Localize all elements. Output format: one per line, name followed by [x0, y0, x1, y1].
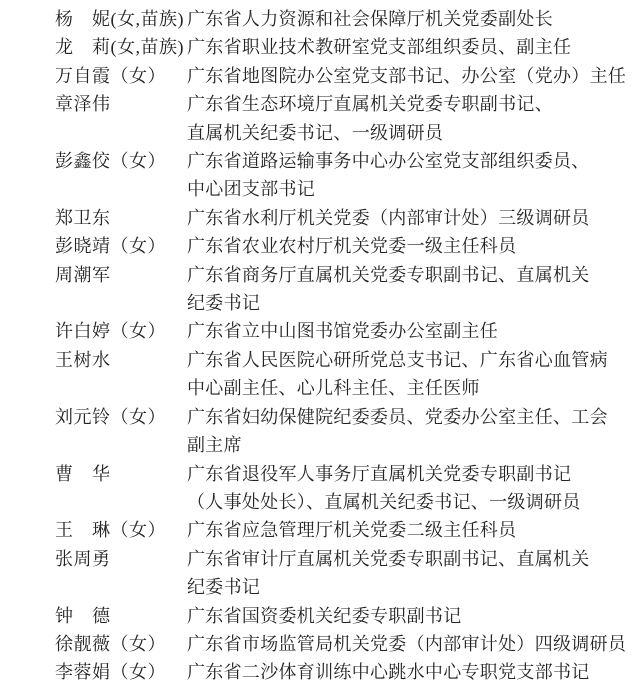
document-page: 杨 妮(女,苗族)广东省人力资源和社会保障厅机关党委副处长龙 莉(女,苗族)广东… — [0, 0, 640, 684]
entry-positions: 广东省人力资源和社会保障厅机关党委副处长 — [187, 5, 636, 33]
position-line: 广东省水利厅机关党委（内部审计处）三级调研员 — [187, 204, 636, 232]
entry-positions: 广东省妇幼保健院纪委委员、党委办公室主任、工会副主席 — [187, 403, 636, 460]
roster-entry: 郑卫东广东省水利厅机关党委（内部审计处）三级调研员 — [55, 204, 636, 232]
entry-positions: 广东省水利厅机关党委（内部审计处）三级调研员 — [187, 204, 636, 232]
roster-entry: 刘元铃（女）广东省妇幼保健院纪委委员、党委办公室主任、工会副主席 — [55, 403, 636, 460]
roster-list: 杨 妮(女,苗族)广东省人力资源和社会保障厅机关党委副处长龙 莉(女,苗族)广东… — [55, 5, 636, 684]
roster-entry: 许白婷（女）广东省立中山图书馆党委办公室副主任 — [55, 317, 636, 345]
position-line: 广东省地图院办公室党支部书记、办公室（党办）主任 — [187, 62, 636, 90]
position-line: 广东省审计厅直属机关党委专职副书记、直属机关 — [187, 545, 636, 573]
entry-name: 张周勇 — [55, 545, 187, 573]
entry-name: 李蓉娟（女） — [55, 658, 187, 684]
roster-entry: 王 琳（女）广东省应急管理厅机关党委二级主任科员 — [55, 516, 636, 544]
roster-entry: 彭鑫佼（女）广东省道路运输事务中心办公室党支部组织委员、中心团支部书记 — [55, 147, 636, 204]
entry-name: 钟 德 — [55, 602, 187, 630]
entry-name: 王树水 — [55, 346, 187, 374]
roster-entry: 龙 莉(女,苗族)广东省职业技术教研室党支部组织委员、副主任 — [55, 33, 636, 61]
position-line: 广东省应急管理厅机关党委二级主任科员 — [187, 516, 636, 544]
entry-positions: 广东省生态环境厅直属机关党委专职副书记、直属机关纪委书记、一级调研员 — [187, 90, 636, 147]
position-line: 广东省立中山图书馆党委办公室副主任 — [187, 317, 636, 345]
entry-name: 曹 华 — [55, 460, 187, 488]
roster-entry: 周潮军广东省商务厅直属机关党委专职副书记、直属机关纪委书记 — [55, 261, 636, 318]
position-line: 广东省人民医院心研所党总支书记、广东省心血管病 — [187, 346, 636, 374]
position-line: 广东省二沙体育训练中心跳水中心专职党支部书记 — [187, 658, 636, 684]
entry-positions: 广东省地图院办公室党支部书记、办公室（党办）主任 — [187, 62, 636, 90]
entry-positions: 广东省商务厅直属机关党委专职副书记、直属机关纪委书记 — [187, 261, 636, 318]
roster-entry: 张周勇广东省审计厅直属机关党委专职副书记、直属机关纪委书记 — [55, 545, 636, 602]
position-line: 广东省人力资源和社会保障厅机关党委副处长 — [187, 5, 636, 33]
position-line: 副主席 — [187, 431, 636, 459]
roster-entry: 徐靓薇（女）广东省市场监管局机关党委（内部审计处）四级调研员 — [55, 630, 636, 658]
roster-entry: 万自霞（女）广东省地图院办公室党支部书记、办公室（党办）主任 — [55, 62, 636, 90]
position-line: 广东省农业农村厅机关党委一级主任科员 — [187, 232, 636, 260]
entry-name: 徐靓薇（女） — [55, 630, 187, 658]
entry-name: 许白婷（女） — [55, 317, 187, 345]
roster-entry: 李蓉娟（女）广东省二沙体育训练中心跳水中心专职党支部书记 — [55, 658, 636, 684]
position-line: 直属机关纪委书记、一级调研员 — [187, 119, 636, 147]
entry-name: 章泽伟 — [55, 90, 187, 118]
position-line: 广东省妇幼保健院纪委委员、党委办公室主任、工会 — [187, 403, 636, 431]
position-line: 广东省生态环境厅直属机关党委专职副书记、 — [187, 90, 636, 118]
roster-entry: 曹 华广东省退役军人事务厅直属机关党委专职副书记（人事处处长）、直属机关纪委书记… — [55, 460, 636, 517]
position-line: 广东省道路运输事务中心办公室党支部组织委员、 — [187, 147, 636, 175]
entry-positions: 广东省国资委机关纪委专职副书记 — [187, 602, 636, 630]
roster-entry: 彭晓靖（女）广东省农业农村厅机关党委一级主任科员 — [55, 232, 636, 260]
entry-positions: 广东省人民医院心研所党总支书记、广东省心血管病中心副主任、心儿科主任、主任医师 — [187, 346, 636, 403]
position-line: 广东省退役军人事务厅直属机关党委专职副书记 — [187, 460, 636, 488]
entry-name: 彭晓靖（女） — [55, 232, 187, 260]
position-line: 中心团支部书记 — [187, 175, 636, 203]
position-line: 广东省商务厅直属机关党委专职副书记、直属机关 — [187, 261, 636, 289]
position-line: 广东省职业技术教研室党支部组织委员、副主任 — [187, 33, 636, 61]
roster-entry: 王树水广东省人民医院心研所党总支书记、广东省心血管病中心副主任、心儿科主任、主任… — [55, 346, 636, 403]
roster-entry: 杨 妮(女,苗族)广东省人力资源和社会保障厅机关党委副处长 — [55, 5, 636, 33]
entry-name: 彭鑫佼（女） — [55, 147, 187, 175]
entry-name: 周潮军 — [55, 261, 187, 289]
entry-positions: 广东省立中山图书馆党委办公室副主任 — [187, 317, 636, 345]
entry-name: 龙 莉(女,苗族) — [55, 33, 187, 61]
entry-name: 王 琳（女） — [55, 516, 187, 544]
entry-positions: 广东省农业农村厅机关党委一级主任科员 — [187, 232, 636, 260]
entry-positions: 广东省市场监管局机关党委（内部审计处）四级调研员 — [187, 630, 636, 658]
position-line: （人事处处长）、直属机关纪委书记、一级调研员 — [187, 488, 636, 516]
entry-positions: 广东省审计厅直属机关党委专职副书记、直属机关纪委书记 — [187, 545, 636, 602]
entry-positions: 广东省二沙体育训练中心跳水中心专职党支部书记 — [187, 658, 636, 684]
position-line: 广东省国资委机关纪委专职副书记 — [187, 602, 636, 630]
roster-entry: 章泽伟广东省生态环境厅直属机关党委专职副书记、直属机关纪委书记、一级调研员 — [55, 90, 636, 147]
entry-name: 杨 妮(女,苗族) — [55, 5, 187, 33]
position-line: 纪委书记 — [187, 289, 636, 317]
entry-positions: 广东省职业技术教研室党支部组织委员、副主任 — [187, 33, 636, 61]
position-line: 纪委书记 — [187, 573, 636, 601]
position-line: 广东省市场监管局机关党委（内部审计处）四级调研员 — [187, 630, 636, 658]
entry-positions: 广东省退役军人事务厅直属机关党委专职副书记（人事处处长）、直属机关纪委书记、一级… — [187, 460, 636, 517]
entry-positions: 广东省道路运输事务中心办公室党支部组织委员、中心团支部书记 — [187, 147, 636, 204]
position-line: 中心副主任、心儿科主任、主任医师 — [187, 374, 636, 402]
entry-name: 郑卫东 — [55, 204, 187, 232]
entry-name: 万自霞（女） — [55, 62, 187, 90]
entry-positions: 广东省应急管理厅机关党委二级主任科员 — [187, 516, 636, 544]
roster-entry: 钟 德广东省国资委机关纪委专职副书记 — [55, 602, 636, 630]
entry-name: 刘元铃（女） — [55, 403, 187, 431]
